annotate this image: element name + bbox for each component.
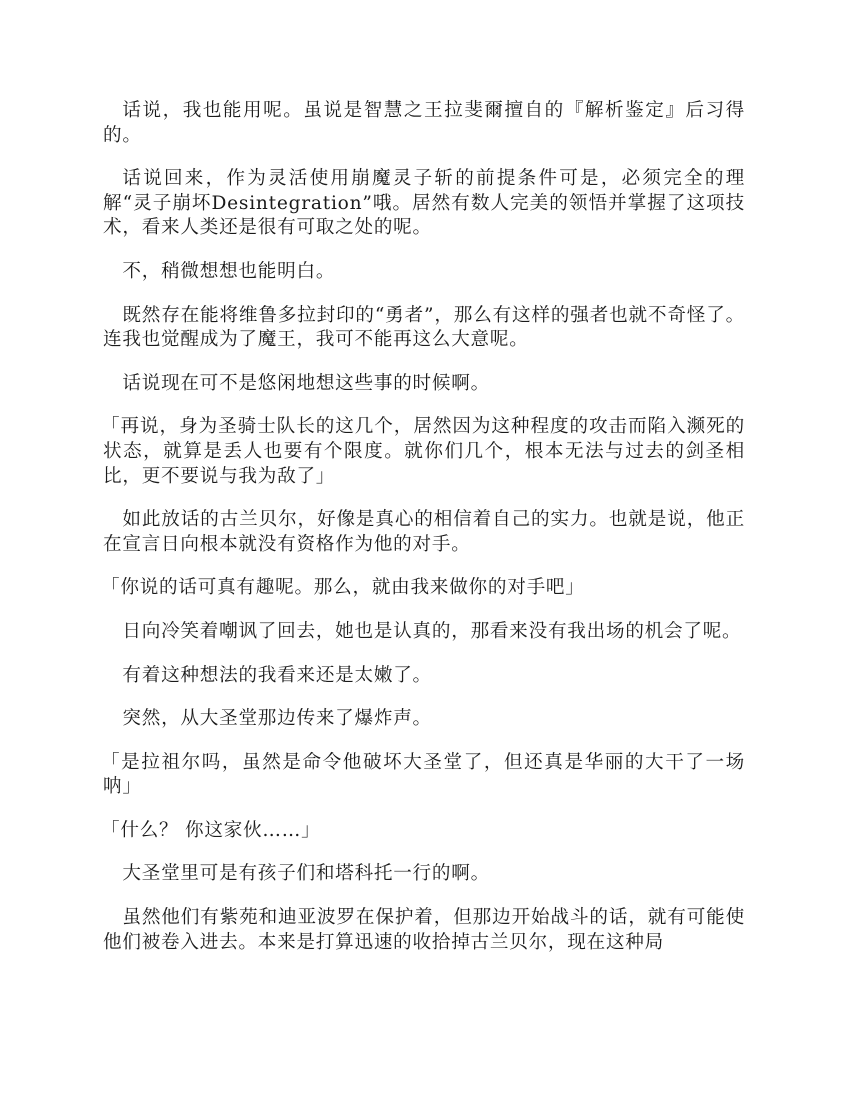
dialogue-4: 「什么？ 你这家伙……」 xyxy=(103,819,745,844)
paragraph-3: 不，稍微想想也能明白。 xyxy=(103,260,745,285)
paragraph-8: 有着这种想法的我看来还是太嫩了。 xyxy=(103,664,745,689)
paragraph-10: 大圣堂里可是有孩子们和塔科托一行的啊。 xyxy=(103,862,745,887)
paragraph-1: 话说，我也能用呢。虽说是智慧之王拉斐爾擅自的『解析鉴定』后习得的。 xyxy=(103,99,745,148)
dialogue-1: 「再说，身为圣骑士队长的这几个，居然因为这种程度的攻击而陷入濒死的状态，就算是丢… xyxy=(103,415,745,489)
paragraph-4: 既然存在能将维鲁多拉封印的“勇者”，那么有这样的强者也就不奇怪了。连我也觉醒成为… xyxy=(103,304,745,353)
paragraph-11: 虽然他们有紫苑和迪亚波罗在保护着，但那边开始战斗的话，就有可能使他们被卷入进去。… xyxy=(103,906,745,955)
document-page: 话说，我也能用呢。虽说是智慧之王拉斐爾擅自的『解析鉴定』后习得的。 话说回来，作… xyxy=(103,99,745,974)
paragraph-2: 话说回来，作为灵活使用崩魔灵子斩的前提条件可是，必须完全的理解“灵子崩坏Desi… xyxy=(103,167,745,241)
paragraph-5: 话说现在可不是悠闲地想这些事的时候啊。 xyxy=(103,372,745,397)
paragraph-9: 突然，从大圣堂那边传来了爆炸声。 xyxy=(103,707,745,732)
dialogue-2: 「你说的话可真有趣呢。那么，就由我来做你的对手吧」 xyxy=(103,576,745,601)
paragraph-6: 如此放话的古兰贝尔，好像是真心的相信着自己的实力。也就是说，他正在宣言日向根本就… xyxy=(103,508,745,557)
paragraph-7: 日向冷笑着嘲讽了回去，她也是认真的，那看来没有我出场的机会了呢。 xyxy=(103,620,745,645)
dialogue-3: 「是拉祖尔吗，虽然是命令他破坏大圣堂了，但还真是华丽的大干了一场呐」 xyxy=(103,751,745,800)
